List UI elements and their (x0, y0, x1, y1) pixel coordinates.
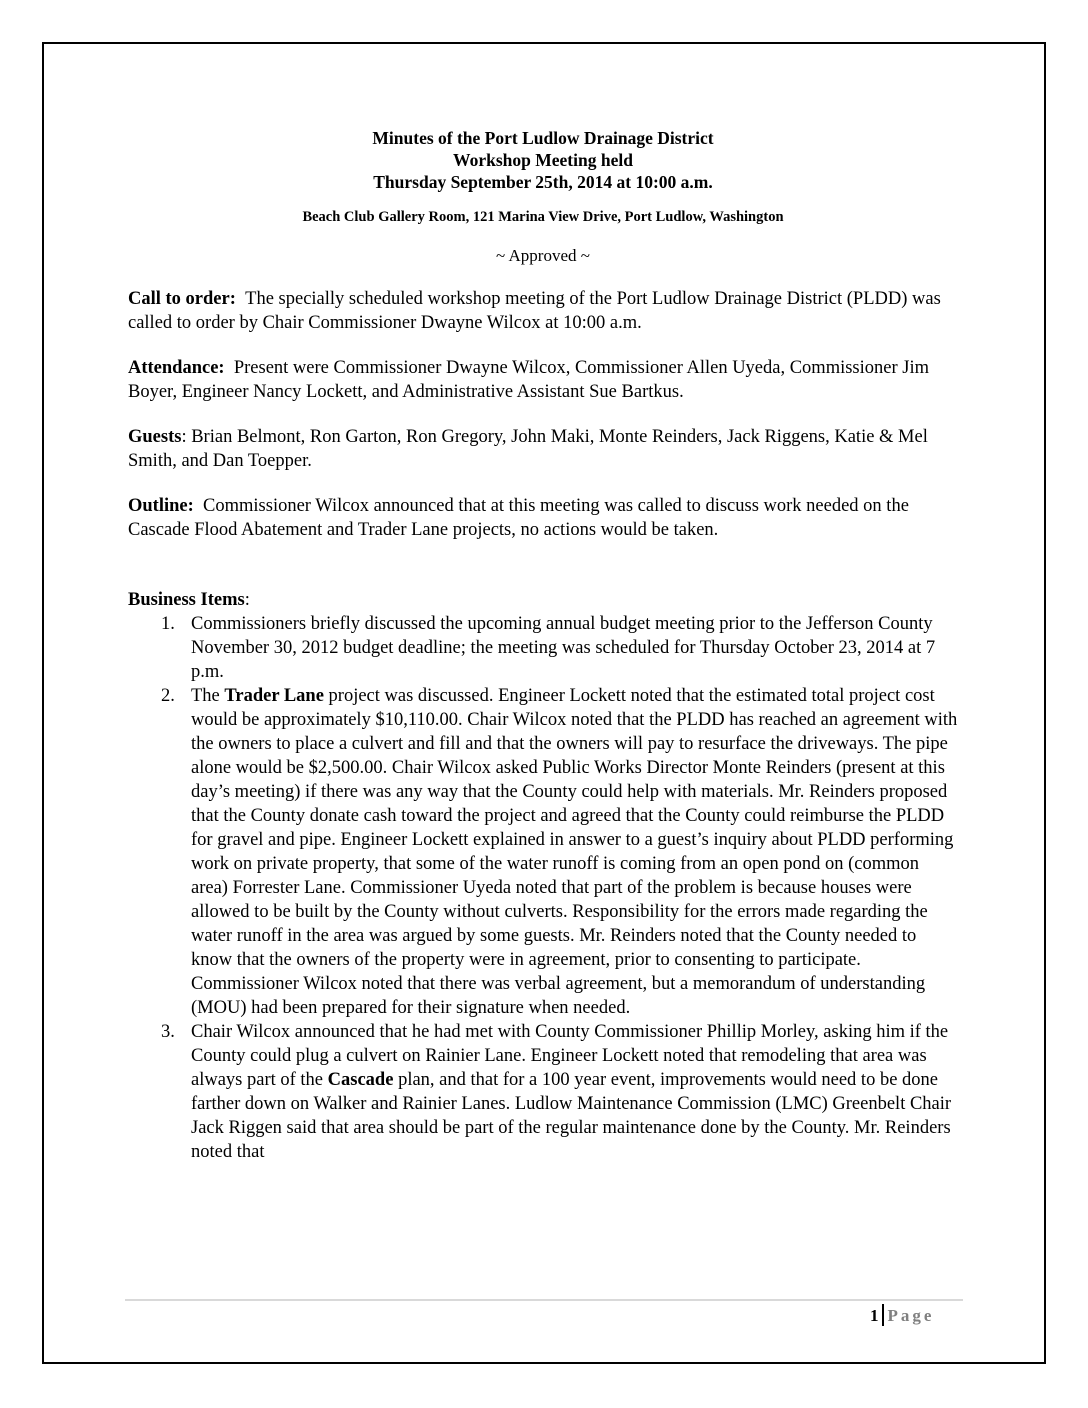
heading-colon: : (245, 590, 250, 610)
section-text: : Brian Belmont, Ron Garton, Ron Gregory… (128, 427, 928, 471)
item-number: 2. (161, 684, 175, 708)
meeting-location: Beach Club Gallery Room, 121 Marina View… (128, 207, 958, 227)
section-label: Guests (128, 427, 181, 447)
call-to-order-section: Call to order: The specially scheduled w… (128, 287, 958, 335)
document-body: Minutes of the Port Ludlow Drainage Dist… (128, 127, 958, 1164)
item-text: Commissioners briefly discussed the upco… (191, 614, 935, 682)
attendance-section: Attendance: Present were Commissioner Dw… (128, 356, 958, 404)
item-bold-term: Cascade (328, 1070, 394, 1090)
section-text: Present were Commissioner Dwayne Wilcox,… (128, 358, 929, 402)
heading-text: Business Items (128, 590, 245, 610)
item-pre-text: The (191, 686, 224, 706)
footer-separator (882, 1304, 884, 1326)
document-title: Minutes of the Port Ludlow Drainage Dist… (128, 127, 958, 193)
approval-status: ~ Approved ~ (128, 245, 958, 267)
title-line: Thursday September 25th, 2014 at 10:00 a… (128, 171, 958, 193)
section-label: Call to order: (128, 289, 236, 309)
business-items-list: 1. Commissioners briefly discussed the u… (128, 612, 958, 1164)
section-text: Commissioner Wilcox announced that at th… (128, 496, 909, 540)
business-items-heading: Business Items: (128, 588, 958, 612)
page-number: 1 (870, 1306, 879, 1325)
section-label: Attendance: (128, 358, 225, 378)
footer-divider (125, 1299, 963, 1301)
business-item: 2. The Trader Lane project was discussed… (128, 684, 958, 1020)
page-footer: 1Page (870, 1304, 934, 1327)
title-line: Workshop Meeting held (128, 149, 958, 171)
business-item: 1. Commissioners briefly discussed the u… (128, 612, 958, 684)
business-item: 3. Chair Wilcox announced that he had me… (128, 1020, 958, 1164)
page-label: Page (888, 1306, 935, 1325)
item-number: 1. (161, 612, 175, 636)
guests-section: Guests: Brian Belmont, Ron Garton, Ron G… (128, 425, 958, 473)
item-bold-term: Trader Lane (224, 686, 324, 706)
title-line: Minutes of the Port Ludlow Drainage Dist… (128, 127, 958, 149)
section-label: Outline: (128, 496, 194, 516)
outline-section: Outline: Commissioner Wilcox announced t… (128, 494, 958, 542)
item-number: 3. (161, 1020, 175, 1044)
section-text: The specially scheduled workshop meeting… (128, 289, 941, 333)
item-text: project was discussed. Engineer Lockett … (191, 686, 957, 1018)
